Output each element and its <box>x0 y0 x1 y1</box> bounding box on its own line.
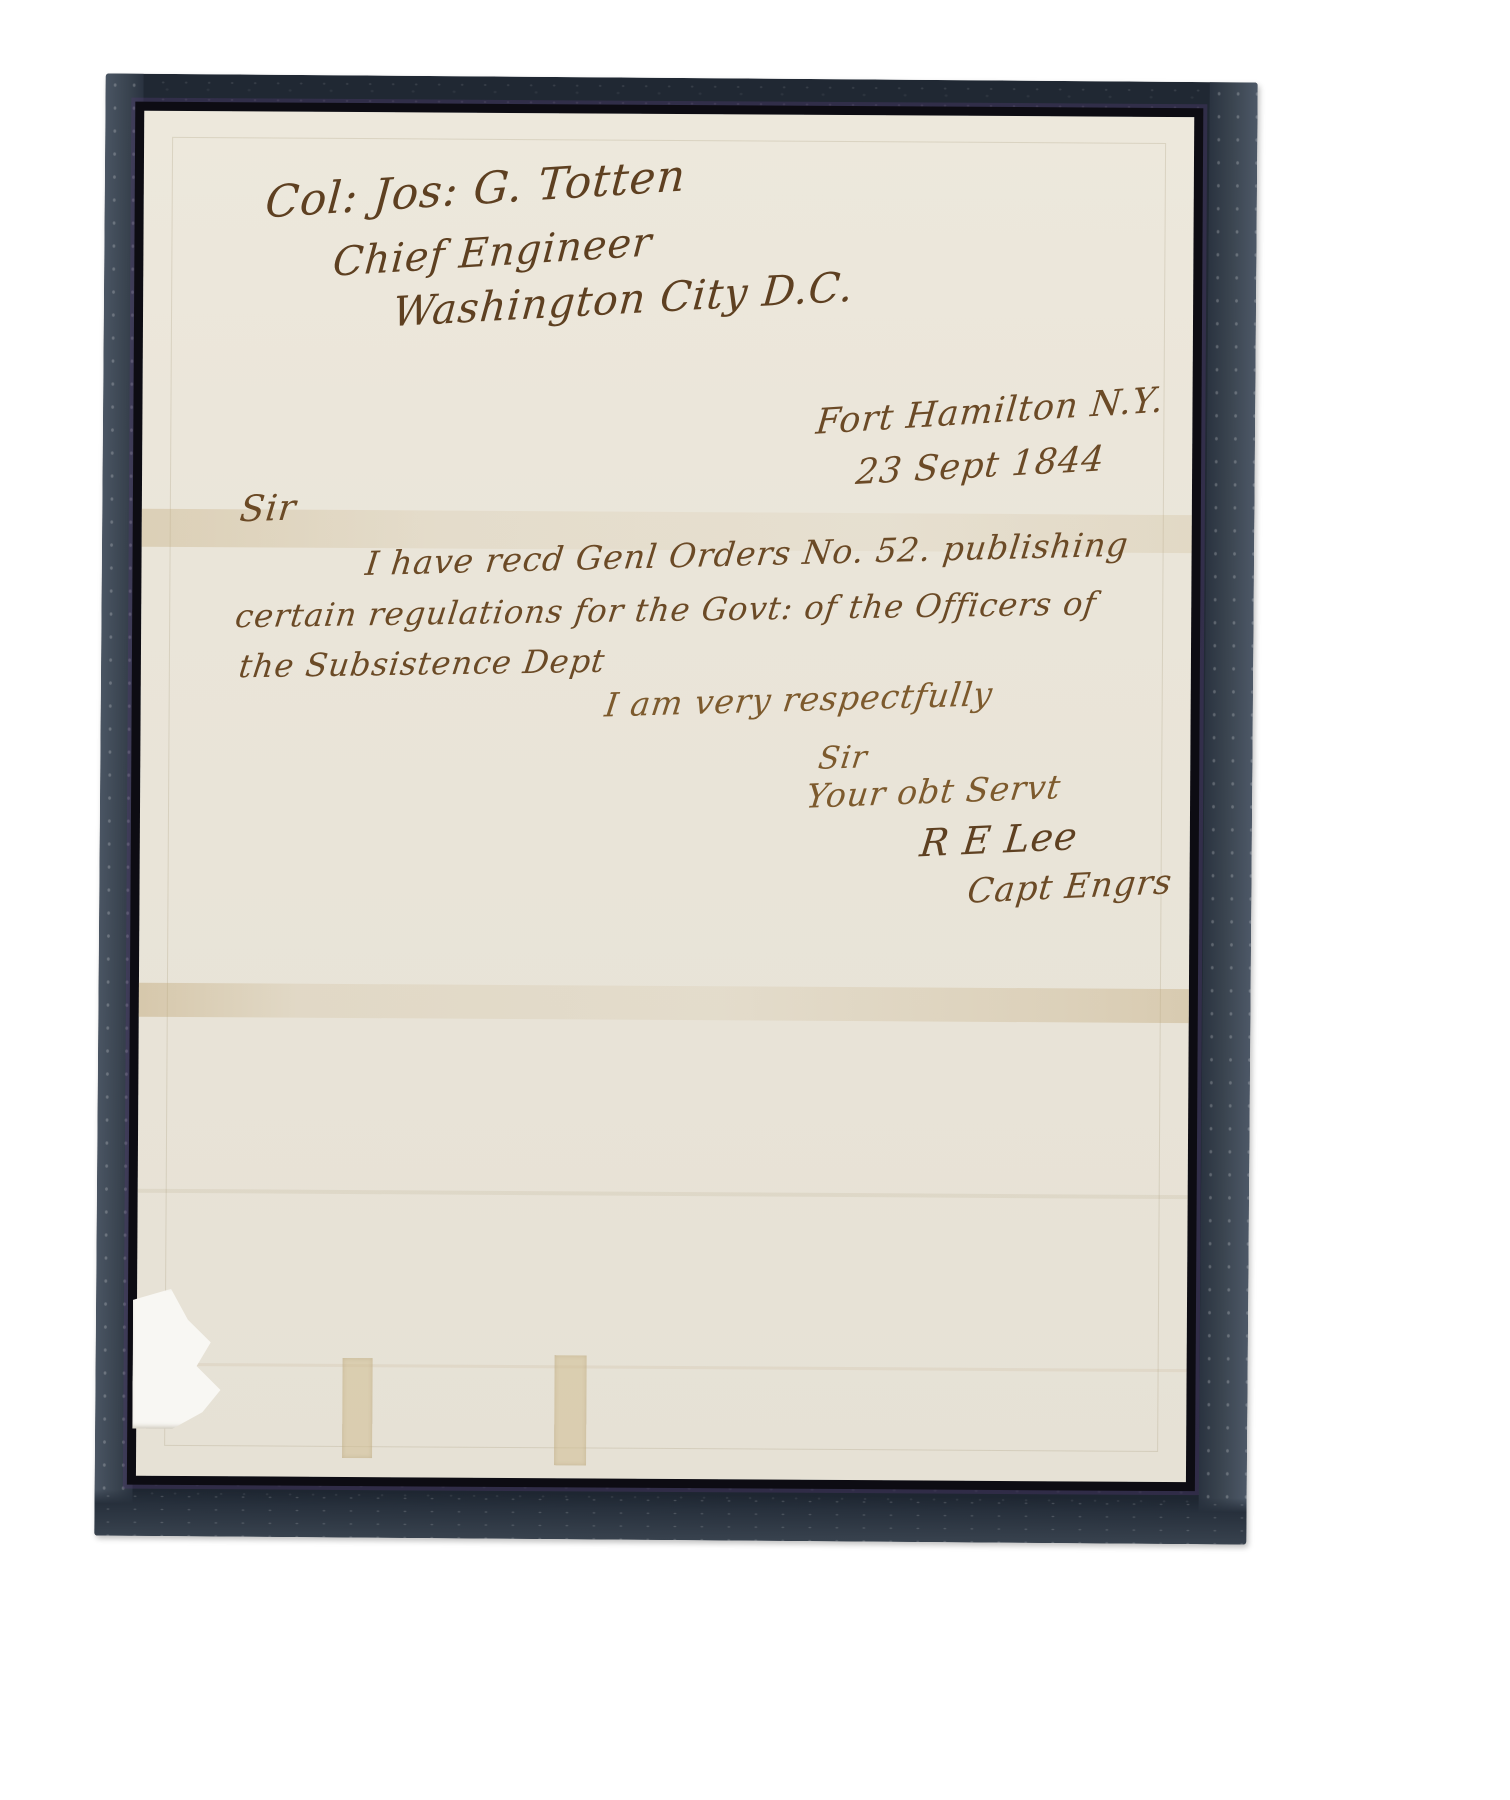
dateline-place: Fort Hamilton N.Y. <box>814 380 1165 443</box>
signature-title: Capt Engrs <box>965 862 1174 912</box>
photo-stage: Col: Jos: G. Totten Chief Engineer Washi… <box>0 0 1510 1800</box>
body-line-1: I have recd Genl Orders No. 52. publishi… <box>363 525 1130 583</box>
fold-line-faint-2 <box>137 1363 1187 1372</box>
closing-line-1: I am very respectfully <box>603 674 996 724</box>
mount-board: Col: Jos: G. Totten Chief Engineer Washi… <box>94 73 1257 1544</box>
tape-strip-1 <box>342 1358 373 1458</box>
closing-line-3: Your obt Servt <box>804 767 1063 816</box>
recipient-line-1: Col: Jos: G. Totten <box>264 150 688 228</box>
body-line-3: the Subsistence Dept <box>237 642 608 686</box>
mount-bevel-bottom <box>94 1489 1246 1544</box>
fold-band-middle <box>139 983 1189 1023</box>
salutation: Sir <box>238 488 299 531</box>
tape-strip-2 <box>554 1355 587 1465</box>
signature-name: R E Lee <box>918 814 1080 866</box>
tear-mark <box>132 1289 233 1430</box>
closing-line-2: Sir <box>816 739 870 777</box>
fold-line-faint-1 <box>138 1189 1188 1199</box>
mount-bevel-right <box>1198 82 1257 1544</box>
letter-paper: Col: Jos: G. Totten Chief Engineer Washi… <box>136 111 1194 1482</box>
body-line-2: certain regulations for the Govt: of the… <box>233 584 1099 635</box>
dateline-date: 23 Sept 1844 <box>854 439 1107 493</box>
